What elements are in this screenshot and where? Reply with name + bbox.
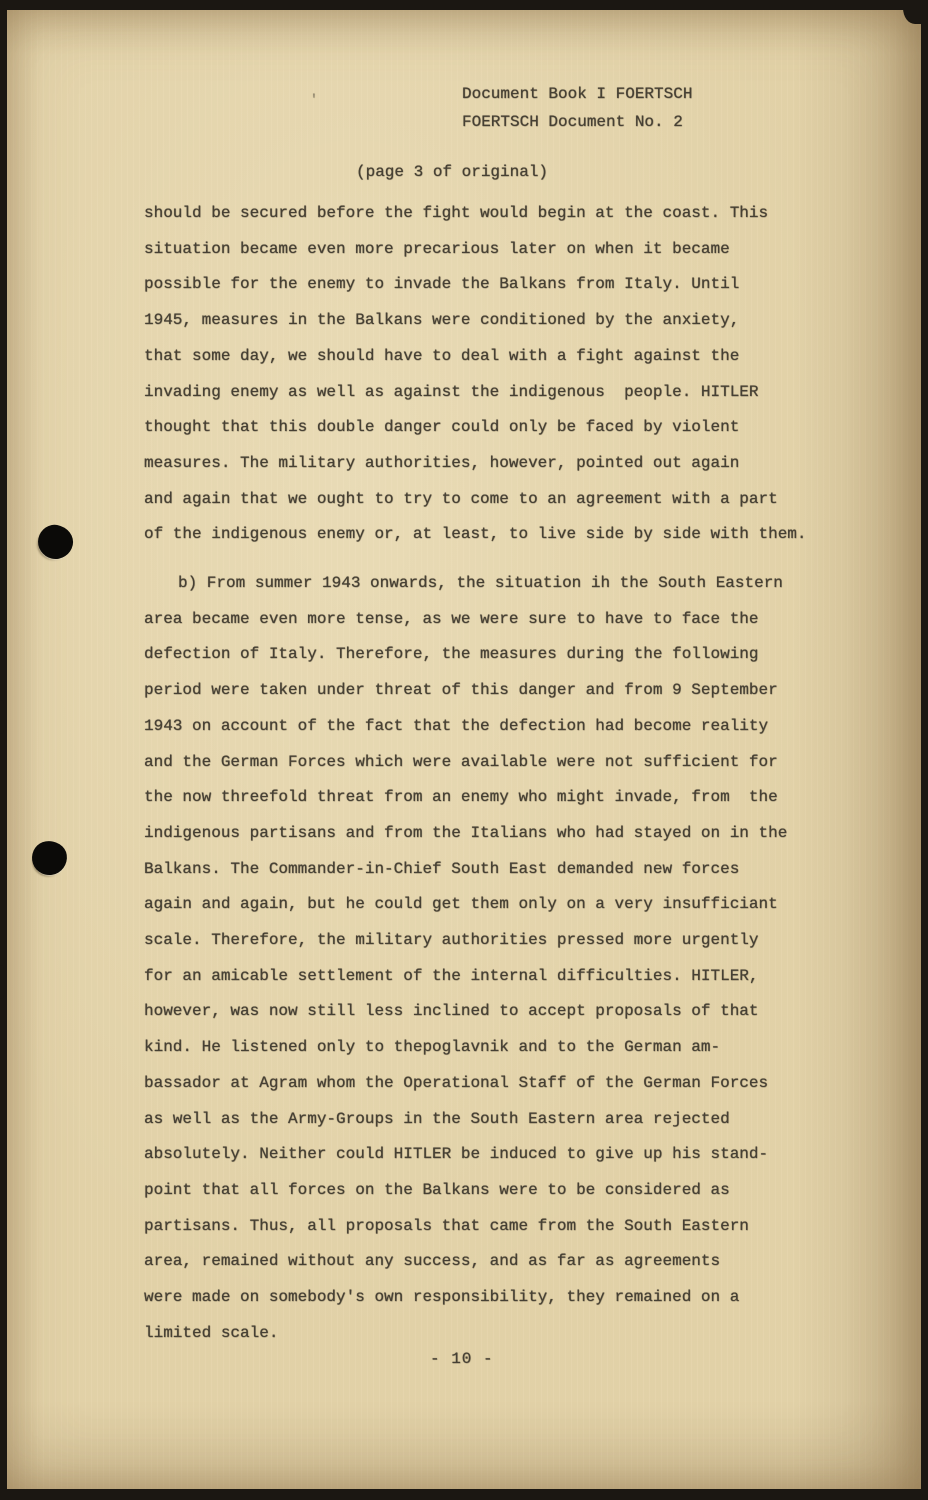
text-line: Balkans. The Commander-in-Chief South Ea… bbox=[144, 852, 844, 888]
text-line: 1943 on account of the fact that the def… bbox=[144, 709, 844, 745]
scanned-document-page: ' Document Book I FOERTSCHFOERTSCH Docum… bbox=[0, 0, 928, 1500]
page-reference: (page 3 of original) bbox=[356, 155, 548, 191]
text-line: again and again, but he could get them o… bbox=[144, 887, 844, 923]
text-line: measures. The military authorities, howe… bbox=[144, 446, 844, 482]
stray-mark: ' bbox=[310, 82, 318, 118]
text-line: and the German Forces which were availab… bbox=[144, 745, 844, 781]
text-line: for an amicable settlement of the intern… bbox=[144, 959, 844, 995]
page-number: - 10 - bbox=[430, 1342, 494, 1378]
text-line: point that all forces on the Balkans wer… bbox=[144, 1173, 844, 1209]
document-header: Document Book I FOERTSCHFOERTSCH Documen… bbox=[462, 80, 692, 136]
header-line: FOERTSCH Document No. 2 bbox=[462, 108, 692, 136]
text-line: however, was now still less inclined to … bbox=[144, 994, 844, 1030]
text-line: thought that this double danger could on… bbox=[144, 410, 844, 446]
text-line: kind. He listened only to thepoglavnik a… bbox=[144, 1030, 844, 1066]
text-line: invading enemy as well as against the in… bbox=[144, 375, 844, 411]
text-line: possible for the enemy to invade the Bal… bbox=[144, 267, 844, 303]
text-line: situation became even more precarious la… bbox=[144, 232, 844, 268]
text-line: that some day, we should have to deal wi… bbox=[144, 339, 844, 375]
text-line: indigenous partisans and from the Italia… bbox=[144, 816, 844, 852]
header-line: Document Book I FOERTSCH bbox=[462, 80, 692, 108]
text-line: and again that we ought to try to come t… bbox=[144, 482, 844, 518]
text-line: the now threefold threat from an enemy w… bbox=[144, 780, 844, 816]
text-line: scale. Therefore, the military authoriti… bbox=[144, 923, 844, 959]
text-line: area became even more tense, as we were … bbox=[144, 602, 844, 638]
paragraph-b: b) From summer 1943 onwards, the situati… bbox=[144, 566, 844, 1351]
text-line: partisans. Thus, all proposals that came… bbox=[144, 1209, 844, 1245]
text-line: absolutely. Neither could HITLER be indu… bbox=[144, 1137, 844, 1173]
text-line: as well as the Army-Groups in the South … bbox=[144, 1102, 844, 1138]
text-line: defection of Italy. Therefore, the measu… bbox=[144, 637, 844, 673]
typewritten-content: ' Document Book I FOERTSCHFOERTSCH Docum… bbox=[0, 0, 928, 1500]
text-line: limited scale. bbox=[144, 1316, 844, 1352]
text-line: b) From summer 1943 onwards, the situati… bbox=[144, 566, 844, 602]
text-line: of the indigenous enemy or, at least, to… bbox=[144, 517, 844, 553]
paragraph-a: should be secured before the fight would… bbox=[144, 196, 844, 553]
text-line: 1945, measures in the Balkans were condi… bbox=[144, 303, 844, 339]
text-line: bassador at Agram whom the Operational S… bbox=[144, 1066, 844, 1102]
text-line: area, remained without any success, and … bbox=[144, 1244, 844, 1280]
text-line: were made on somebody's own responsibili… bbox=[144, 1280, 844, 1316]
text-line: period were taken under threat of this d… bbox=[144, 673, 844, 709]
text-line: should be secured before the fight would… bbox=[144, 196, 844, 232]
